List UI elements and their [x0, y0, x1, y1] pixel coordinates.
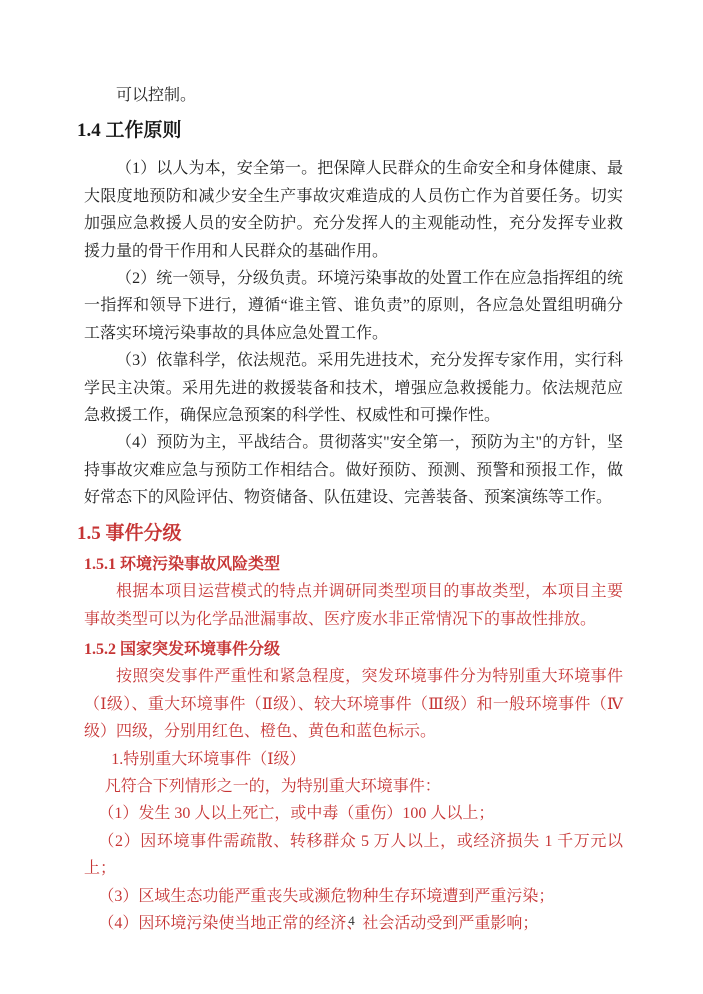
section-heading-1-5: 1.5 事件分级: [77, 520, 623, 548]
paragraph-continuation: 可以控制。: [84, 82, 623, 109]
page-number: 4: [0, 913, 703, 929]
level1-title: 1.特别重大环境事件（Ⅰ级）: [84, 746, 623, 773]
level1-item-2: （2）因环境事件需疏散、转移群众 5 万人以上，或经济损失 1 千万元以上；: [84, 828, 623, 883]
subsection-heading-1-5-1: 1.5.1 环境污染事故风险类型: [84, 551, 623, 578]
paragraph-1-4-item4: （4）预防为主，平战结合。贯彻落实"安全第一，预防为主"的方针，坚持事故灾难应急…: [84, 429, 623, 511]
level1-item-3: （3）区域生态功能严重丧失或濒危物种生存环境遭到严重污染；: [84, 883, 623, 910]
section-heading-1-4: 1.4 工作原则: [77, 117, 623, 145]
paragraph-1-5-1: 根据本项目运营模式的特点并调研同类型项目的事故类型，本项目主要事故类型可以为化学…: [84, 578, 623, 633]
paragraph-1-4-item2: （2）统一领导，分级负责。环境污染事故的处置工作在应急指挥组的统一指挥和领导下进…: [84, 265, 623, 347]
paragraph-1-4-item3: （3）依靠科学，依法规范。采用先进技术，充分发挥专家作用，实行科学民主决策。采用…: [84, 347, 623, 429]
level1-item-1: （1）发生 30 人以上死亡，或中毒（重伤）100 人以上；: [84, 800, 623, 827]
subsection-heading-1-5-2: 1.5.2 国家突发环境事件分级: [84, 636, 623, 663]
document-page: 可以控制。 1.4 工作原则 （1）以人为本，安全第一。把保障人民群众的生命安全…: [0, 0, 703, 994]
level1-intro: 凡符合下列情形之一的，为特别重大环境事件：: [84, 773, 623, 800]
paragraph-1-5-2: 按照突发事件严重性和紧急程度，突发环境事件分为特别重大环境事件（Ⅰ级）、重大环境…: [84, 663, 623, 745]
paragraph-1-4-item1: （1）以人为本，安全第一。把保障人民群众的生命安全和身体健康、最大限度地预防和减…: [84, 155, 623, 265]
